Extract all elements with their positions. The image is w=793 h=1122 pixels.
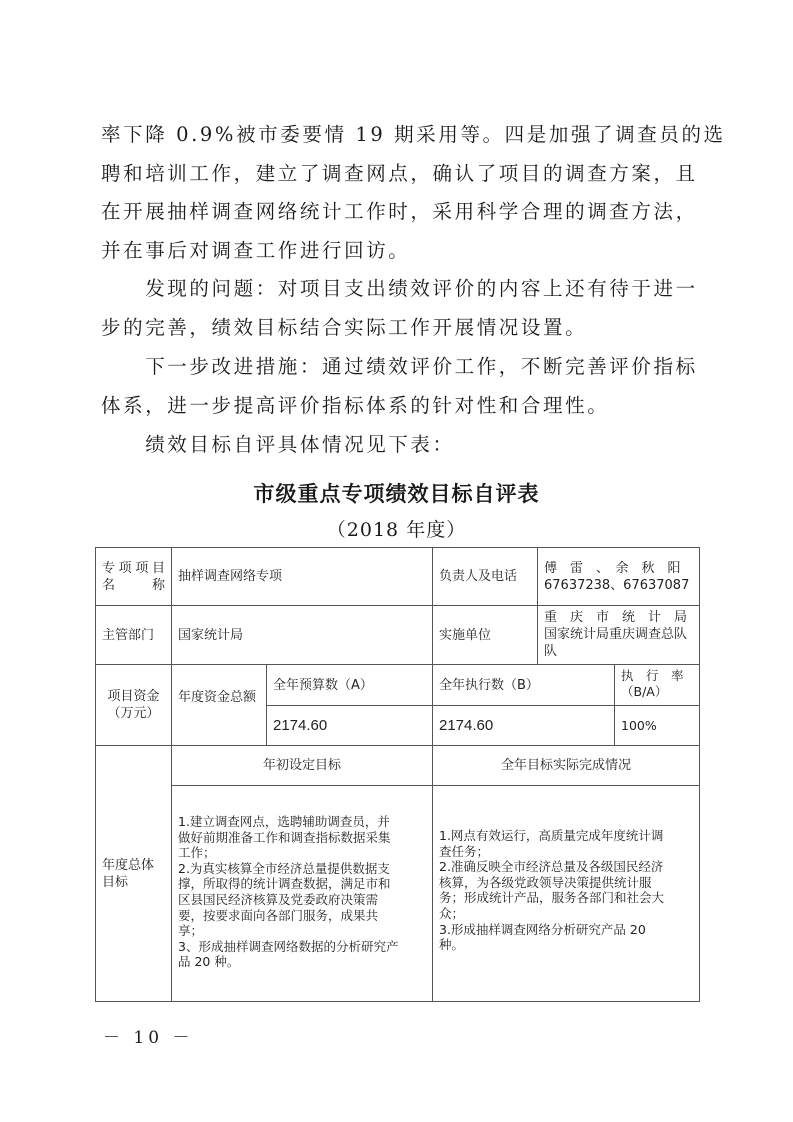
text-line: 聘和培训工作，建立了调查网点，确认了项目的调查方案，且 [101, 155, 701, 194]
completion-line: 务；形成统计产品，服务各部门和社会大 [439, 890, 693, 906]
budget-label-cell: 全年预算数（A） [266, 664, 433, 706]
impl-label-cell: 实施单位 [432, 605, 538, 665]
text-line: 并在事后对调查工作进行回访。 [101, 232, 701, 271]
budget-value-cell: 2174.60 [266, 705, 433, 746]
dept-label: 主管部门 [102, 627, 154, 644]
table-title: 市级重点专项绩效目标自评表 [0, 478, 793, 508]
executed-label-cell: 全年执行数（B） [432, 664, 615, 706]
budget-value: 2174.60 [273, 717, 327, 734]
executed-label: 全年执行数（B） [439, 677, 539, 694]
rate-value-cell: 100% [614, 705, 700, 746]
executed-value: 2174.60 [439, 717, 493, 734]
contact-names: 傅 雷 、 余 秋 阳 [544, 560, 681, 577]
paragraph-problems-found: 发现的问题：对项目支出绩效评价的内容上还有待于进一 步的完善，绩效目标结合实际工… [101, 270, 701, 347]
dept-label-cell: 主管部门 [95, 605, 172, 665]
goals-label: 年度总体目标 [102, 857, 165, 891]
completion-line: 1.网点有效运行，高质量完成年度统计调 [439, 828, 693, 844]
completion-line: 种。 [439, 937, 693, 953]
text-line: 体系，进一步提高评价指标体系的针对性和合理性。 [101, 387, 701, 426]
paragraph-table-intro: 绩效目标自评具体情况见下表： [101, 426, 701, 465]
contact-label-cell: 负责人及电话 [432, 547, 538, 606]
goal-line: 工作； [178, 845, 426, 861]
text-line: 绩效目标自评具体情况见下表： [101, 426, 701, 465]
funds-label: 项目资金（万元） [102, 688, 165, 722]
text-line: 发现的问题：对项目支出绩效评价的内容上还有待于进一 [101, 270, 701, 309]
completion-line: 查任务； [439, 844, 693, 860]
initial-goals-header: 年初设定目标 [263, 757, 341, 774]
goal-line: 品 20 种。 [178, 954, 426, 970]
project-name-value-cell: 抽样调查网络专项 [171, 547, 433, 606]
actual-completion-header: 全年目标实际完成情况 [501, 757, 631, 774]
goal-line: 要，按要求面向各部门服务，成果共 [178, 908, 426, 924]
funds-label-cell: 项目资金（万元） [95, 664, 172, 746]
goal-line: 3、形成抽样调查网络数据的分析研究产 [178, 939, 426, 955]
rate-label-cell: 执 行 率 （B/A） [614, 664, 700, 706]
completion-line: 3.形成抽样调查网络分析研究产品 20 [439, 922, 693, 938]
goal-line: 做好前期准备工作和调查指标数据采集 [178, 830, 426, 846]
goal-line: 区县国民经济核算及党委政府决策需 [178, 892, 426, 908]
rate-label-line1: 执 行 率 [621, 668, 693, 684]
text-line: 率下降 0.9%被市委要情 19 期采用等。四是加强了调查员的选 [101, 116, 701, 155]
contact-label: 负责人及电话 [439, 568, 517, 585]
contact-phones: 67637238、67637087 [544, 577, 689, 594]
goals-label-cell: 年度总体目标 [95, 745, 172, 1002]
goal-line: 享； [178, 923, 426, 939]
completion-line: 2.准确反映全市经济总量及各级国民经济 [439, 859, 693, 875]
rate-label-line2: （B/A） [621, 684, 693, 700]
dept-value: 国家统计局 [178, 627, 243, 644]
rate-value: 100% [621, 718, 657, 734]
impl-value-line1: 重 庆 市 统 计 局 [544, 609, 693, 626]
actual-completion-header-cell: 全年目标实际完成情况 [432, 745, 700, 786]
text-line: 步的完善，绩效目标结合实际工作开展情况设置。 [101, 309, 701, 348]
actual-completion-content-cell: 1.网点有效运行，高质量完成年度统计调 查任务； 2.准确反映全市经济总量及各级… [432, 785, 700, 1002]
annual-total-label-cell: 年度资金总额 [171, 664, 267, 746]
goal-line: 撑，所取得的统计调查数据，满足市和 [178, 876, 426, 892]
performance-self-eval-table: 专项项目名称 抽样调查网络专项 负责人及电话 傅 雷 、 余 秋 阳 67637… [95, 547, 700, 1002]
project-name-value: 抽样调查网络专项 [178, 568, 282, 585]
executed-value-cell: 2174.60 [432, 705, 615, 746]
initial-goals-header-cell: 年初设定目标 [171, 745, 433, 786]
completion-line: 核算，为各级党政领导决策提供统计服 [439, 875, 693, 891]
page-number: － 10 － [103, 1023, 193, 1048]
budget-label: 全年预算数（A） [273, 677, 373, 694]
paragraph-improvement-measures: 下一步改进措施：通过绩效评价工作，不断完善评价指标 体系，进一步提高评价指标体系… [101, 348, 701, 425]
dept-value-cell: 国家统计局 [171, 605, 433, 665]
annual-total-label: 年度资金总额 [178, 690, 256, 705]
impl-value-cell: 重 庆 市 统 计 局 国家统计局重庆调查总队 队 [537, 605, 700, 665]
goal-line: 1.建立调查网点，选聘辅助调查员，并 [178, 814, 426, 830]
text-line: 下一步改进措施：通过绩效评价工作，不断完善评价指标 [101, 348, 701, 387]
completion-line: 众； [439, 906, 693, 922]
project-name-label-cell: 专项项目名称 [95, 547, 172, 606]
impl-value-line2: 国家统计局重庆调查总队 [544, 626, 693, 643]
text-line: 在开展抽样调查网络统计工作时，采用科学合理的调查方法， [101, 193, 701, 232]
project-name-label: 专项项目名称 [102, 560, 165, 594]
contact-value-cell: 傅 雷 、 余 秋 阳 67637238、67637087 [537, 547, 700, 606]
table-subtitle: （2018 年度） [0, 515, 793, 542]
goal-line: 2.为真实核算全市经济总量提供数据支 [178, 861, 426, 877]
impl-label: 实施单位 [439, 627, 491, 644]
paragraph-survey-work: 率下降 0.9%被市委要情 19 期采用等。四是加强了调查员的选 聘和培训工作，… [101, 116, 701, 270]
initial-goals-content-cell: 1.建立调查网点，选聘辅助调查员，并 做好前期准备工作和调查指标数据采集 工作；… [171, 785, 433, 1002]
impl-value-line3: 队 [544, 643, 693, 660]
